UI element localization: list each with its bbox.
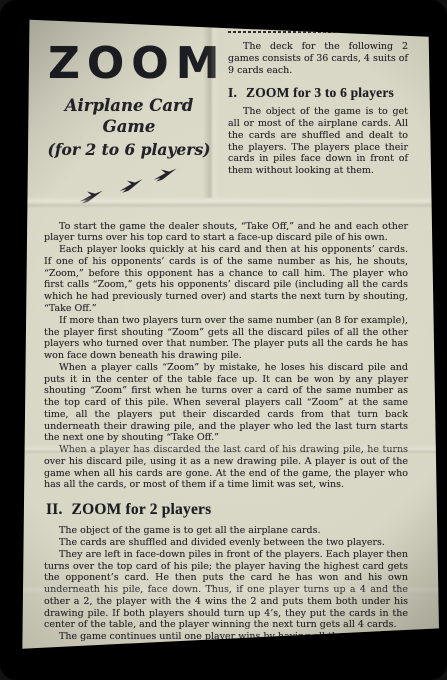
deck-note-text: The deck for the following 2 games consi… — [228, 41, 408, 76]
star-icon: ★ — [102, 660, 109, 668]
deck-note: The deck for the following 2 games consi… — [228, 41, 408, 76]
airplane-icon — [151, 167, 178, 182]
masthead: ZOOM Airplane Card Game (for 2 to 6 play… — [44, 26, 214, 216]
paragraph: If more than two players turn over the s… — [44, 315, 408, 362]
paragraph: The game continues until one player wins… — [44, 631, 408, 643]
section-two-heading: II.ZOOM for 2 players — [46, 501, 408, 519]
game-subtitle: Airplane Card Game — [44, 96, 214, 137]
section-one-body: To start the game the dealer shouts, “Ta… — [44, 221, 408, 492]
footer-top-rule — [44, 649, 408, 655]
intro-column: The deck for the following 2 games consi… — [228, 26, 408, 216]
solid-rule — [228, 26, 408, 28]
players-note: (for 2 to 6 players) — [44, 140, 214, 159]
section-two-title: ZOOM for 2 players — [72, 501, 212, 518]
screenshot-frame: ZOOM Airplane Card Game (for 2 to 6 play… — [0, 0, 447, 680]
item-number: No. 1056 — [46, 659, 86, 668]
airplane-formation — [44, 168, 214, 216]
airplane-icon — [78, 189, 105, 204]
section-one-numeral: I. — [228, 85, 237, 100]
paragraph: The object of the game is to get all or … — [228, 106, 408, 177]
paragraph: They are left in face-down piles in fron… — [44, 549, 408, 631]
section-one-lead: The object of the game is to get all or … — [228, 106, 408, 177]
paragraph: The object of the game is to get all the… — [44, 525, 408, 537]
imprint-footer: No. 1056 ★ Made in U. S. A. Copyright 19… — [44, 649, 408, 675]
section-one-title: ZOOM for 3 to 6 players — [246, 85, 394, 100]
paragraph: When a player calls “Zoom” by mistake, h… — [44, 362, 408, 444]
paragraph: The cards are shuffled and divided evenl… — [44, 537, 408, 549]
copyright-line: Copyright 1941 Whitman Publishing Co., R… — [227, 656, 447, 667]
paragraph: Each player looks quickly at his card an… — [44, 244, 408, 315]
rule-segment — [118, 669, 408, 674]
game-title: ZOOM — [48, 42, 214, 86]
rule-segment — [44, 672, 108, 675]
paragraph: When a player has discarded the last car… — [44, 444, 408, 491]
made-in-label: Made in U. S. A. — [125, 658, 197, 668]
footer-row: No. 1056 ★ Made in U. S. A. Copyright 19… — [44, 651, 408, 673]
masthead-row: ZOOM Airplane Card Game (for 2 to 6 play… — [44, 26, 408, 216]
sheet-content: ZOOM Airplane Card Game (for 2 to 6 play… — [0, 0, 447, 680]
section-two-numeral: II. — [46, 501, 63, 518]
section-one-heading: I.ZOOM for 3 to 6 players — [228, 85, 408, 101]
section-two-body: The object of the game is to get all the… — [44, 525, 408, 643]
footer-bottom-rule — [44, 669, 408, 675]
airplane-icon — [117, 177, 144, 193]
paragraph: To start the game the dealer shouts, “Ta… — [44, 221, 408, 245]
instruction-sheet: ZOOM Airplane Card Game (for 2 to 6 play… — [0, 0, 447, 680]
dotted-rule — [228, 31, 408, 34]
